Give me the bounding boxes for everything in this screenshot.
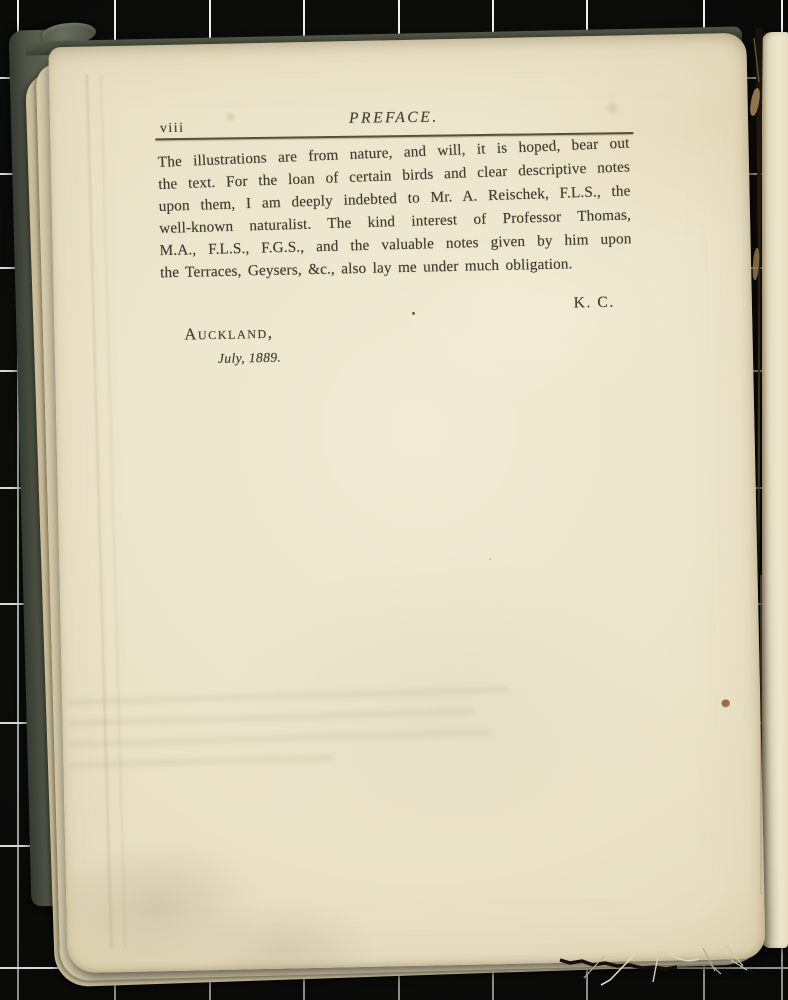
printed-text-block: viii PREFACE. The illustrations are from… bbox=[157, 101, 631, 111]
right-page-block bbox=[762, 32, 788, 948]
gutter-hairline bbox=[760, 575, 762, 895]
photographed-book-scan: viii PREFACE. The illustrations are from… bbox=[0, 0, 788, 1000]
page-crease bbox=[86, 75, 112, 949]
paragraph: The illustrations are from nature, and w… bbox=[157, 136, 632, 284]
place-line: Auckland, bbox=[184, 323, 274, 345]
date-line: July, 1889. bbox=[218, 350, 282, 367]
scanned-page: viii PREFACE. The illustrations are from… bbox=[48, 33, 765, 973]
author-initials: K. C. bbox=[573, 294, 615, 313]
page-crease bbox=[100, 74, 126, 948]
ink-speck bbox=[412, 312, 415, 315]
foxing-stain bbox=[721, 699, 730, 707]
show-through-line bbox=[67, 708, 474, 727]
show-through-line bbox=[69, 754, 334, 769]
paper-speck bbox=[489, 558, 491, 560]
page-title: PREFACE. bbox=[157, 106, 631, 130]
verso-show-through bbox=[67, 686, 511, 783]
show-through-line bbox=[68, 728, 492, 748]
show-through-line bbox=[67, 686, 509, 706]
